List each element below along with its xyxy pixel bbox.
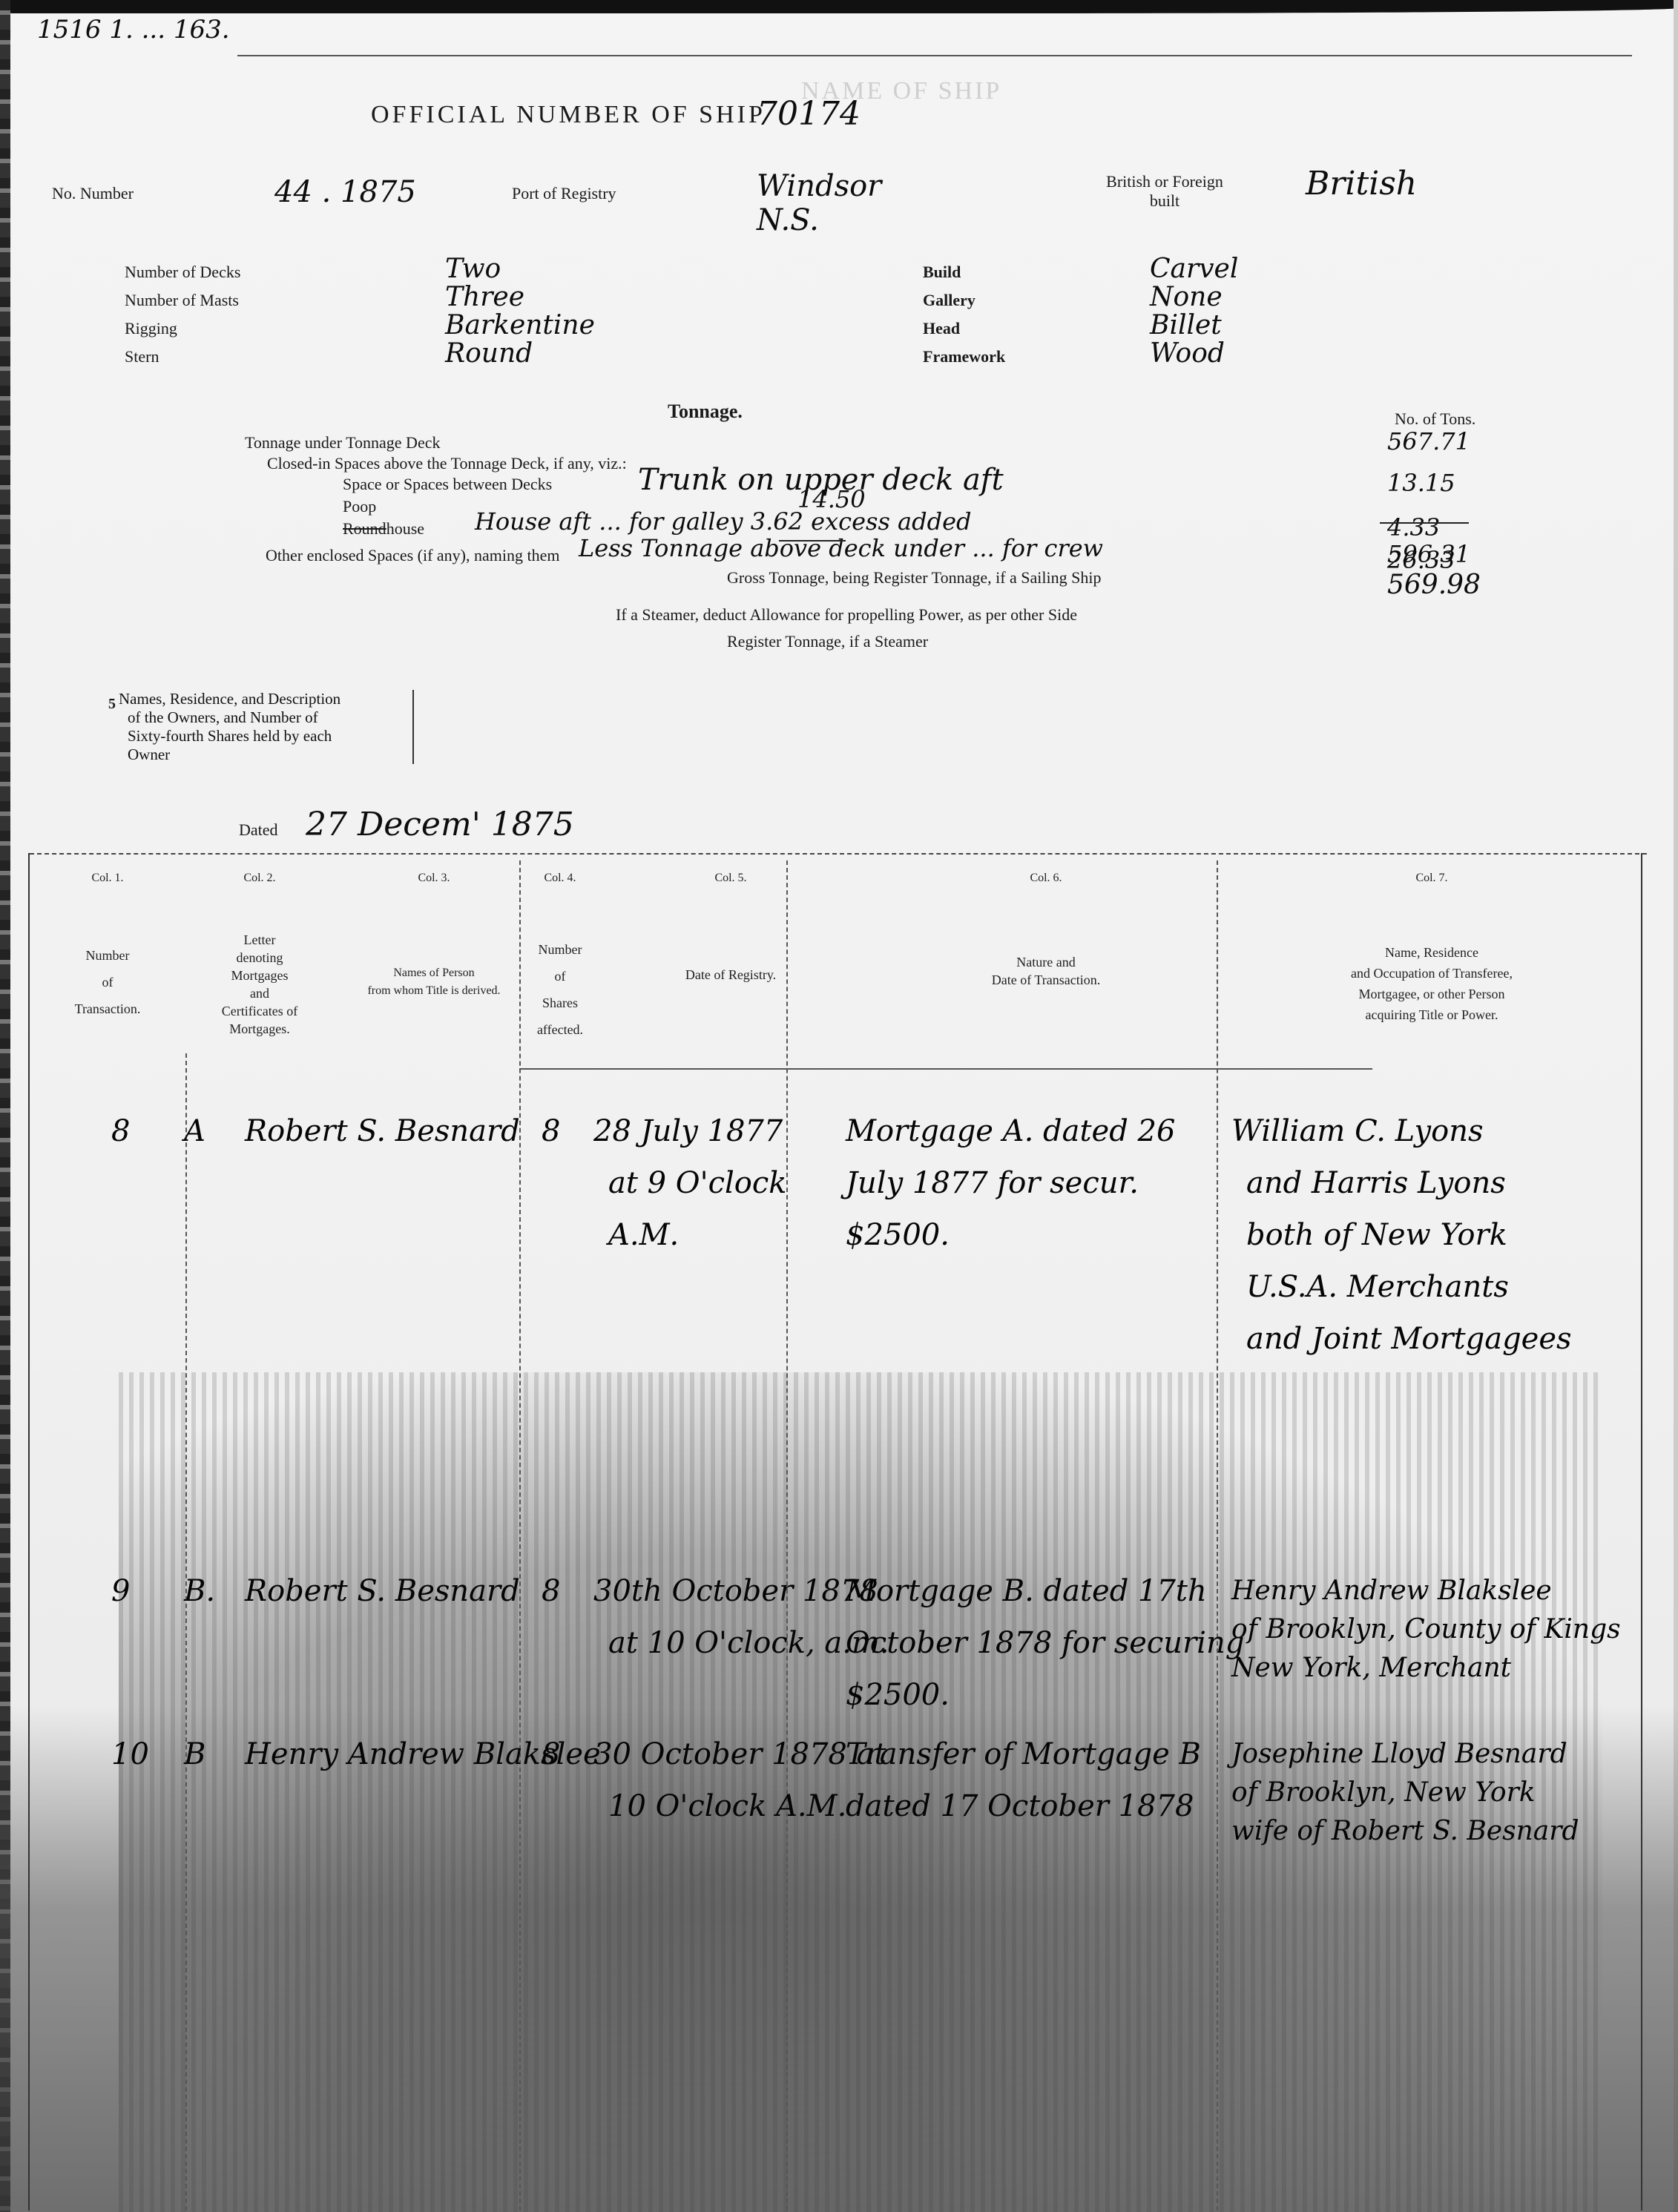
transaction-number: 8 (111, 1105, 130, 1157)
shares-affected: 8 (542, 1105, 560, 1157)
tons-subtotal-rule (1380, 522, 1469, 524)
transferee-line: U.S.A. Merchants (1246, 1261, 1509, 1313)
column-header: LetterdenotingMortgagesandCertificates o… (178, 931, 341, 1038)
dated-label: Dated (239, 820, 278, 840)
particular-label: Rigging (125, 319, 177, 338)
column-header: Name, Residenceand Occupation of Transfe… (1224, 942, 1639, 1025)
port-of-registry-label: Port of Registry (512, 184, 616, 203)
column-header-line: and (178, 984, 341, 1002)
column-number: Col. 2. (178, 869, 341, 887)
nature-line: $2500. (846, 1669, 950, 1721)
official-number: 70174 (757, 95, 861, 133)
built-value: British (1306, 165, 1417, 203)
owners-label-line: Names, Residence, and Description (119, 690, 408, 708)
register-page: 1516 1. ... 163. NAME OF SHIP OFFICIAL N… (0, 0, 1678, 2212)
particular-value: Round (445, 338, 533, 369)
column-header-line: Certificates of (178, 1002, 341, 1020)
nature-line: dated 17 October 1878 (846, 1780, 1194, 1832)
column-header-line: acquiring Title or Power. (1224, 1004, 1639, 1025)
date-of-registry-line: at 9 O'clock (608, 1157, 787, 1209)
register-tonnage-steamer-label: Register Tonnage, if a Steamer (727, 632, 928, 651)
column-header-line: Date of Transaction. (875, 971, 1217, 989)
gross-tonnage-label: Gross Tonnage, being Register Tonnage, i… (727, 568, 1102, 587)
port-of-registry-value: Windsor N.S. (757, 169, 890, 237)
column-header-line: Letter (178, 931, 341, 949)
particular-value: Wood (1150, 338, 1225, 369)
tonnage-row-tons: 567.71 (1387, 427, 1470, 455)
entry-subtotal-rule (779, 540, 846, 542)
from-whom-name: Robert S. Besnard (245, 1565, 520, 1617)
page-title: OFFICIAL NUMBER OF SHIP (371, 101, 766, 129)
particular-label: Framework (923, 347, 1005, 366)
column-header-line: from whom Title is derived. (341, 982, 527, 1000)
particular-value: Barkentine (445, 310, 595, 340)
date-of-registry-line: 30 October 1878 at (593, 1728, 886, 1780)
column-header: Names of Personfrom whom Title is derive… (341, 964, 527, 1000)
particular-label: Stern (125, 347, 159, 366)
mortgage-letter: B (184, 1728, 205, 1780)
tonnage-row-label: Tonnage under Tonnage Deck (245, 433, 440, 452)
nature-line: $2500. (846, 1209, 950, 1261)
shares-affected: 8 (542, 1565, 560, 1617)
column-header-line: and Occupation of Transferee, (1224, 963, 1639, 984)
particular-label: Build (923, 263, 961, 282)
steamer-deduction-label: If a Steamer, deduct Allowance for prope… (616, 605, 1077, 625)
built-label: British or Foreign built (1090, 172, 1239, 211)
particular-value: Two (445, 254, 501, 284)
scan-top-edge (0, 0, 1678, 13)
particular-label: Number of Masts (125, 291, 239, 310)
tonnage-row-label: Closed-in Spaces above the Tonnage Deck,… (267, 454, 627, 473)
nature-line: July 1877 for secur. (846, 1157, 1139, 1209)
column-number: Col. 5. (608, 869, 853, 887)
col-divider-5 (786, 860, 788, 2211)
no-of-tons-label: No. of Tons. (1395, 409, 1475, 429)
registry-no-value: 44 . 1875 (274, 175, 416, 209)
column-number: Col. 4. (519, 869, 601, 887)
column-header: Nature andDate of Transaction. (875, 953, 1217, 989)
column-header-line: of (30, 969, 185, 995)
column-header-line: Mortgagee, or other Person (1224, 984, 1639, 1004)
owners-label-line: Sixty-fourth Shares held by each (119, 727, 408, 745)
gross-tonnage-value: 569.98 (1387, 570, 1481, 600)
table-top-rule (30, 853, 1647, 856)
margin-note: 1516 1. ... 163. (37, 15, 230, 45)
column-header-line: Names of Person (341, 964, 527, 982)
transferee-line: both of New York (1246, 1209, 1507, 1261)
tonnage-row-entry: House aft ... for galley 3.62 excess add… (475, 507, 972, 536)
column-header-line: Shares (519, 990, 601, 1016)
column-number: Col. 7. (1224, 869, 1639, 887)
col-divider-1 (185, 1053, 187, 2211)
tonnage-heading: Tonnage. (668, 401, 743, 423)
column-number: Col. 6. (875, 869, 1217, 887)
date-of-registry-line: 30th October 1878 (593, 1565, 878, 1617)
column-header: Date of Registry. (608, 966, 853, 984)
tonnage-row-entry: Less Tonnage above deck under ... for cr… (579, 534, 1103, 562)
column-number: Col. 3. (341, 869, 527, 887)
column-header: NumberofTransaction. (30, 942, 185, 1022)
column-header-line: Name, Residence (1224, 942, 1639, 963)
tonnage-row-tons: 4.33 (1387, 513, 1440, 542)
transferee-line: and Joint Mortgagees (1246, 1313, 1572, 1365)
nature-line: October 1878 for securing (846, 1617, 1244, 1669)
particular-value: Three (445, 282, 524, 312)
col-divider-7 (1217, 860, 1218, 2211)
column-header: NumberofSharesaffected. (519, 936, 601, 1043)
tonnage-row-label: Roundhouse (343, 519, 424, 539)
column-header-line: Mortgages. (178, 1020, 341, 1038)
particular-value: Billet (1150, 310, 1222, 340)
date-of-registry-line: A.M. (608, 1209, 679, 1261)
from-whom-name: Robert S. Besnard (245, 1105, 520, 1157)
top-rule (237, 55, 1632, 56)
date-of-registry-line: 10 O'clock A.M. (608, 1780, 846, 1832)
column-header-line: denoting (178, 949, 341, 967)
nature-line: Transfer of Mortgage B (846, 1728, 1201, 1780)
tonnage-row-label: Space or Spaces between Decks (343, 475, 552, 494)
tonnage-row-label: Poop (343, 497, 376, 516)
particular-value: Carvel (1150, 254, 1238, 284)
particular-label: Head (923, 319, 960, 338)
tonnage-row-tons: 13.15 (1387, 469, 1455, 497)
tonnage-row-label: Other enclosed Spaces (if any), naming t… (266, 546, 559, 565)
scan-left-edge (0, 0, 10, 2212)
registry-no-label: No. Number (52, 184, 134, 203)
date-of-registry-line: 28 July 1877 (593, 1105, 783, 1157)
shares-affected: 8 (542, 1728, 560, 1780)
col-divider-3 (519, 860, 521, 2211)
particular-label: Number of Decks (125, 263, 240, 282)
column-header-line: Transaction. (30, 995, 185, 1022)
column-header-line: Number (519, 936, 601, 963)
transaction-number: 9 (111, 1565, 130, 1617)
particular-label: Gallery (923, 291, 975, 310)
transferee-line: and Harris Lyons (1246, 1157, 1506, 1209)
column-header-line: affected. (519, 1016, 601, 1043)
column-number: Col. 1. (30, 869, 185, 887)
column-header-line: Number (30, 942, 185, 969)
transferee-line: wife of Robert S. Besnard (1231, 1806, 1579, 1857)
scan-right-edge (1674, 0, 1678, 2212)
owners-label-line: Owner (119, 745, 408, 764)
dated-value: 27 Decem' 1875 (306, 806, 574, 843)
mortgage-letter: A (184, 1105, 205, 1157)
column-header-line: of (519, 963, 601, 990)
header-bottom-rule (519, 1068, 1372, 1070)
column-header-line: Mortgages (178, 967, 341, 984)
column-header-line: Date of Registry. (608, 966, 853, 984)
struck-text: Round (343, 519, 386, 538)
owners-marker: 5 (108, 696, 116, 713)
table-right-border (1641, 853, 1642, 2211)
particular-value: None (1150, 282, 1223, 312)
nature-line: Mortgage B. dated 17th (846, 1565, 1207, 1617)
column-header-line: Nature and (875, 953, 1217, 971)
transferee-line: William C. Lyons (1231, 1105, 1484, 1157)
transaction-number: 10 (111, 1728, 149, 1780)
transferee-line: New York, Merchant (1231, 1642, 1511, 1694)
mortgage-letter: B. (184, 1565, 215, 1617)
owners-label: Names, Residence, and Descriptionof the … (119, 690, 414, 764)
owners-label-line: of the Owners, and Number of (119, 708, 408, 727)
nature-line: Mortgage A. dated 26 (846, 1105, 1175, 1157)
table-left-border (28, 853, 30, 2211)
